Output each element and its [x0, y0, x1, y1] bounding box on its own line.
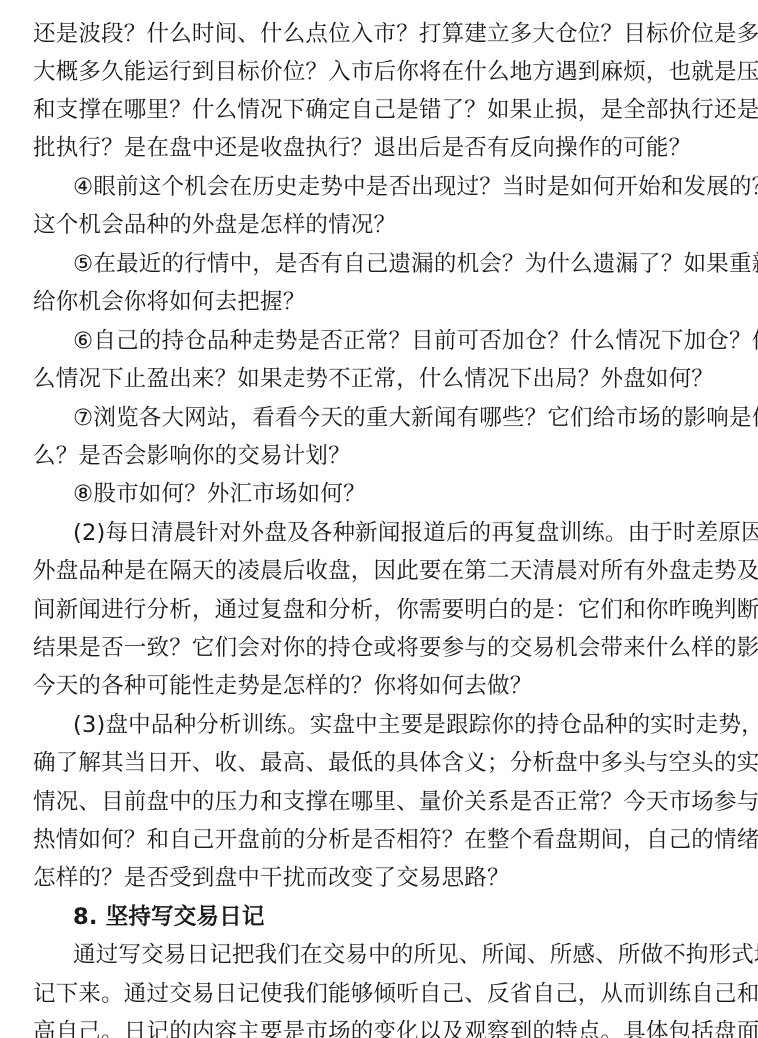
paragraph-2-start: (2)每日清晨针对外盘及各种新闻报道后的再复盘训练。由于时差原因，	[73, 519, 733, 547]
text-line: 这个机会品种的外盘是怎样的情况？	[33, 211, 733, 239]
text-line: 批执行？是在盘中还是收盘执行？退出后是否有反向操作的可能？	[33, 134, 733, 162]
text-line: 还是波段？什么时间、什么点位入市？打算建立多大仓位？目标价位是多少？	[33, 20, 733, 48]
text-line: 结果是否一致？它们会对你的持仓或将要参与的交易机会带来什么样的影响？	[33, 634, 733, 662]
list-item-4: ④眼前这个机会在历史走势中是否出现过？当时是如何开始和发展的？	[73, 173, 733, 201]
text-line: 大概多久能运行到目标价位？入市后你将在什么地方遇到麻烦，也就是压力	[33, 58, 733, 86]
text-line: 和支撑在哪里？什么情况下确定自己是错了？如果止损，是全部执行还是分	[33, 96, 733, 124]
text-line: 今天的各种可能性走势是怎样的？你将如何去做？	[33, 672, 733, 700]
section-heading: 8. 坚持写交易日记	[73, 903, 733, 931]
text-line: 么情况下止盈出来？如果走势不正常，什么情况下出局？外盘如何？	[33, 365, 733, 393]
list-item-5: ⑤在最近的行情中，是否有自己遗漏的机会？为什么遗漏了？如果重新	[73, 250, 733, 278]
list-item-6: ⑥自己的持仓品种走势是否正常？目前可否加仓？什么情况下加仓？什	[73, 327, 733, 355]
paragraph-3-start: (3)盘中品种分析训练。实盘中主要是跟踪你的持仓品种的实时走势，明	[73, 711, 733, 739]
text-line: 怎样的？是否受到盘中干扰而改变了交易思路？	[33, 864, 733, 892]
paragraph-start: 通过写交易日记把我们在交易中的所见、所闻、所感、所做不拘形式地	[73, 941, 733, 969]
document-page: 还是波段？什么时间、什么点位入市？打算建立多大仓位？目标价位是多少？ 大概多久能…	[0, 0, 758, 1038]
list-item-8: ⑧股市如何？外汇市场如何？	[73, 480, 733, 508]
text-line: 高自己。日记的内容主要是市场的变化以及观察到的特点。具体包括盘面分	[33, 1018, 733, 1038]
text-line: 间新闻进行分析，通过复盘和分析，你需要明白的是：它们和你昨晚判断的	[33, 596, 733, 624]
text-line: 么？是否会影响你的交易计划？	[33, 442, 733, 470]
text-line: 热情如何？和自己开盘前的分析是否相符？在整个看盘期间，自己的情绪是	[33, 826, 733, 854]
text-line: 情况、目前盘中的压力和支撑在哪里、量价关系是否正常？今天市场参与的	[33, 788, 733, 816]
list-item-7: ⑦浏览各大网站，看看今天的重大新闻有哪些？它们给市场的影响是什	[73, 404, 733, 432]
text-line: 给你机会你将如何去把握？	[33, 288, 733, 316]
text-line: 记下来。通过交易日记使我们能够倾听自己、反省自己，从而训练自己和提	[33, 980, 733, 1008]
text-line: 确了解其当日开、收、最高、最低的具体含义；分析盘中多头与空头的实力	[33, 749, 733, 777]
text-line: 外盘品种是在隔天的凌晨后收盘，因此要在第二天清晨对所有外盘走势及早	[33, 557, 733, 585]
